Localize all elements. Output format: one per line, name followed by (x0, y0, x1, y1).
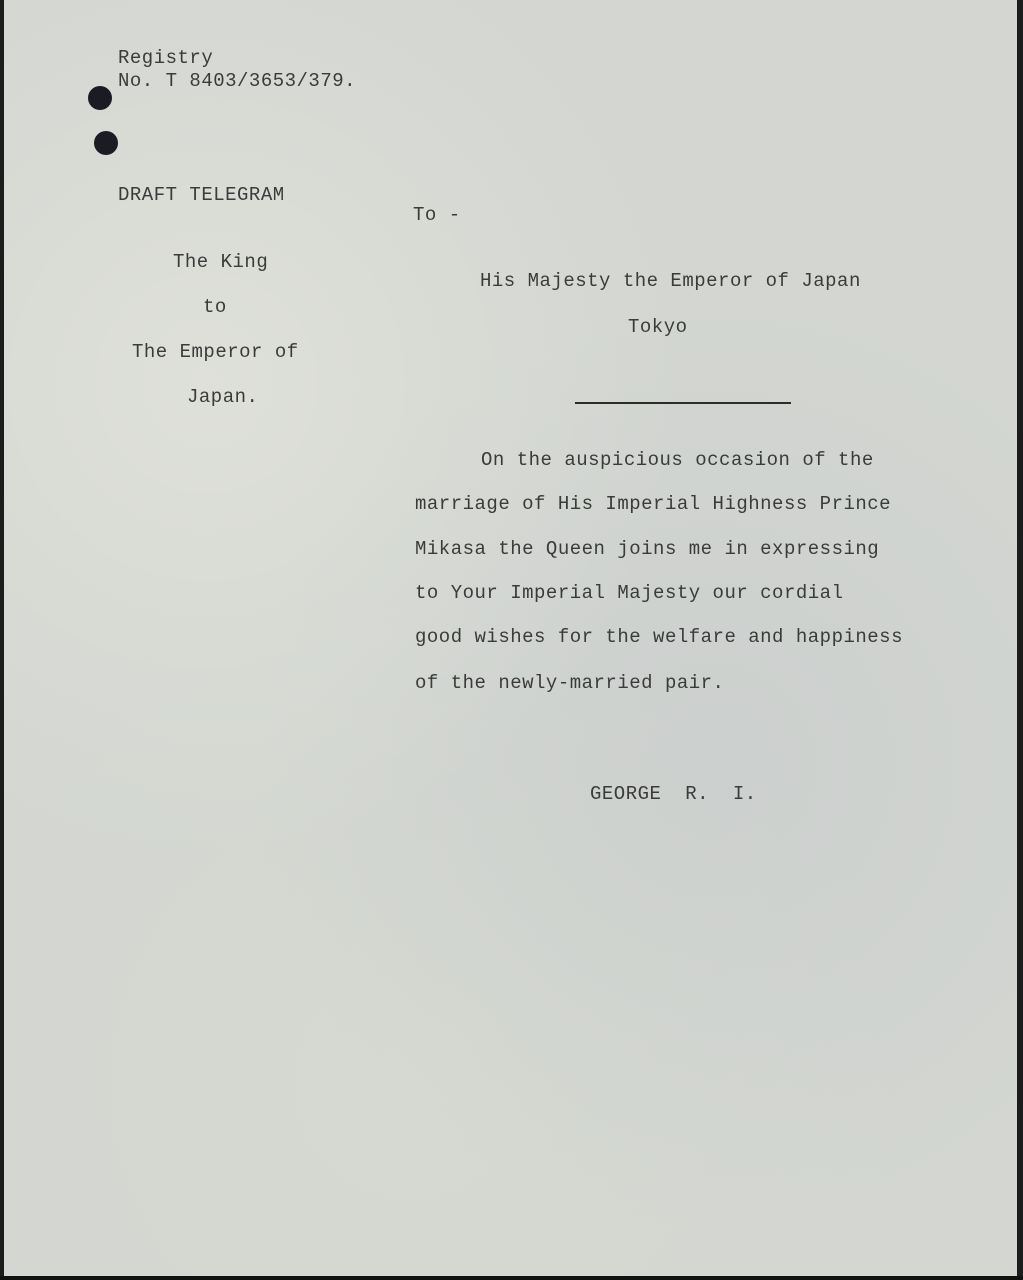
recipient-line-1: The Emperor of (132, 341, 299, 363)
registry-label: Registry (118, 47, 213, 69)
addressee-name: His Majesty the Emperor of Japan (480, 270, 861, 292)
scan-edge (0, 1276, 1023, 1280)
document-page: Registry No. T 8403/3653/379. DRAFT TELE… (4, 0, 1017, 1276)
punch-hole-icon (88, 86, 112, 110)
body-line: of the newly-married pair. (415, 672, 724, 694)
body-line: to Your Imperial Majesty our cordial (415, 582, 843, 604)
sender: The King (173, 251, 268, 273)
body-line: On the auspicious occasion of the (481, 449, 874, 471)
document-title: DRAFT TELEGRAM (118, 184, 285, 206)
signature: GEORGE R. I. (590, 783, 757, 805)
registry-number: No. T 8403/3653/379. (118, 70, 356, 92)
body-line: good wishes for the welfare and happines… (415, 626, 903, 648)
punch-hole-icon (94, 131, 118, 155)
body-line: Mikasa the Queen joins me in expressing (415, 538, 879, 560)
divider-line (575, 402, 791, 404)
addressee-city: Tokyo (628, 316, 688, 338)
body-line: marriage of His Imperial Highness Prince (415, 493, 891, 515)
recipient-line-2: Japan. (187, 386, 258, 408)
connector: to (203, 296, 227, 318)
to-label: To - (413, 204, 461, 226)
